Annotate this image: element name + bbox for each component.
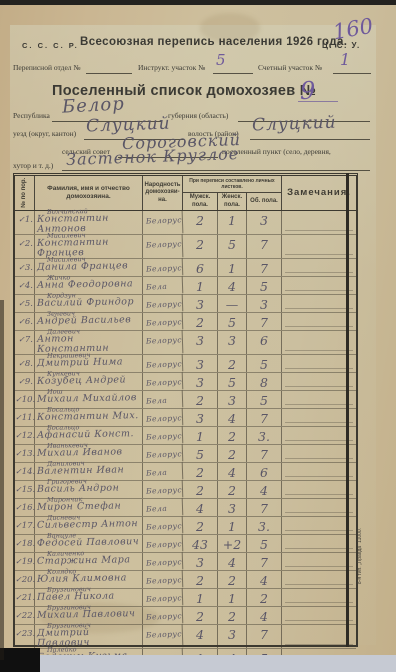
both-count: 3 <box>247 295 282 312</box>
row-number: ✓1. <box>15 211 35 234</box>
both-count: 7 <box>247 235 282 258</box>
female-count: 2 <box>218 355 247 372</box>
republic-label: Республика <box>13 111 50 120</box>
female-count: 3 <box>218 625 247 648</box>
remarks-cell <box>282 607 356 624</box>
row-number: ✓17. <box>15 517 35 534</box>
male-count: 2 <box>183 313 218 330</box>
col-header-female: Женск. пола. <box>218 193 247 210</box>
nationality: Белорус <box>143 624 184 648</box>
nationality: Белорус <box>143 606 184 624</box>
scan-bottom-background <box>0 655 396 672</box>
nationality: Белорус <box>143 330 184 354</box>
nationality: Белорус <box>143 234 184 258</box>
female-count: 1 <box>218 211 247 234</box>
nationality: Белорус <box>143 570 184 588</box>
remarks-cell <box>282 355 356 372</box>
row-number: ✓16. <box>15 499 35 516</box>
householders-table: № по пор. Фамилия, имя и отчество домохо… <box>13 173 358 647</box>
row-number: ✓2. <box>15 235 35 258</box>
both-count: 3. <box>247 517 282 534</box>
male-count: 3 <box>183 553 218 570</box>
remarks-cell <box>282 295 356 312</box>
remarks-cell <box>282 571 356 588</box>
remarks-cell <box>282 313 356 330</box>
row-number: ✓19. <box>15 553 35 570</box>
female-count: 4 <box>218 277 247 294</box>
female-count: 3 <box>218 391 247 408</box>
male-count: 4 <box>183 625 218 648</box>
remarks-cell <box>282 373 356 390</box>
nationality: Белорус <box>143 372 184 390</box>
female-count: 3 <box>218 331 247 354</box>
blank-line <box>250 139 370 140</box>
male-count: 3 <box>183 331 218 354</box>
male-count: 2 <box>183 607 218 624</box>
both-count: 7 <box>247 499 282 516</box>
both-count: 4 <box>247 571 282 588</box>
paper-sheet: С. С. С. Р. Всесоюзная перепись населени… <box>0 3 396 658</box>
blank-line <box>86 73 132 74</box>
table-rows: ✓1.ВолчанскийКонстантин АнтоновБелорус21… <box>15 211 356 666</box>
female-count: 1 <box>218 589 247 606</box>
male-count: 2 <box>183 481 218 498</box>
nationality: Белорус <box>143 210 184 234</box>
both-count: 4 <box>247 607 282 624</box>
row-number: ✓6. <box>15 313 35 330</box>
row-number: ✓15. <box>15 481 35 498</box>
blank-line <box>62 170 370 171</box>
scan-top-edge <box>0 0 396 5</box>
table-header-row: № по пор. Фамилия, имя и отчество домохо… <box>15 176 356 211</box>
both-count: 7 <box>247 259 282 276</box>
both-count: 8 <box>247 373 282 390</box>
row-number: ✓4. <box>15 277 35 294</box>
nationality: Белорус <box>143 552 184 570</box>
row-number: ✓9. <box>15 373 35 390</box>
both-count: 3. <box>247 427 282 444</box>
scan-left-edge-shadow <box>0 300 4 660</box>
instr-label: Инструкт. участок № <box>138 63 205 72</box>
col-header-name: Фамилия, имя и отчество домохозяина. <box>35 176 143 210</box>
male-count: 1 <box>183 427 218 444</box>
nationality: Белорус <box>143 516 184 534</box>
female-count: 4 <box>218 553 247 570</box>
col-header-male: Мужск. пола. <box>183 193 218 210</box>
nationality: Белорус <box>143 294 184 312</box>
both-count: 6 <box>247 331 282 354</box>
both-count: 7 <box>247 409 282 426</box>
row-number: ✓5. <box>15 295 35 312</box>
col-header-number: № по пор. <box>15 176 35 210</box>
both-count: 5 <box>247 355 282 372</box>
row-number: ✓18. <box>15 535 35 552</box>
nationality: Белорус <box>143 426 184 444</box>
male-count: 5 <box>183 445 218 462</box>
row-number: ✓20. <box>15 571 35 588</box>
both-count: 7 <box>247 313 282 330</box>
both-count: 5 <box>247 391 282 408</box>
remarks-cell <box>282 445 356 462</box>
row-number: ✓12. <box>15 427 35 444</box>
male-count: 2 <box>183 235 218 258</box>
printer-mark: 8-я тип. „Правда“ 11000. <box>352 471 362 646</box>
printer-mark-text: 8-я тип. „Правда“ 11000. <box>357 476 363 636</box>
row-number: ✓14. <box>15 463 35 480</box>
female-count: 5 <box>218 235 247 258</box>
gubernia-label: губерния (область) <box>168 111 228 120</box>
nationality: Белорус <box>143 534 184 552</box>
nationality: Белорус <box>143 480 184 498</box>
nationality: Белорус <box>143 258 184 276</box>
remarks-cell <box>282 553 356 570</box>
both-count: 4 <box>247 481 282 498</box>
handwritten-republic: Белор <box>61 93 125 117</box>
row-number: ✓23. <box>15 625 35 648</box>
both-count: 5 <box>247 535 282 552</box>
table-right-heavy-border <box>346 173 349 647</box>
female-count: 4 <box>218 463 247 480</box>
remarks-cell <box>282 391 356 408</box>
male-count: 6 <box>183 259 218 276</box>
row-number: ✓21. <box>15 589 35 606</box>
row-number: ✓22. <box>15 607 35 624</box>
both-count: 7 <box>247 625 282 648</box>
remarks-cell <box>282 277 356 294</box>
col-header-nationality: Народность домохозяи- на. <box>143 176 183 210</box>
nationality: Бела <box>143 276 184 294</box>
blank-line <box>213 73 253 74</box>
female-count: 3 <box>218 499 247 516</box>
male-count: 4 <box>183 499 218 516</box>
scanned-census-document: С. С. С. Р. Всесоюзная перепись населени… <box>0 0 396 672</box>
female-count: 2 <box>218 445 247 462</box>
female-count: 1 <box>218 517 247 534</box>
female-count: +2 <box>218 535 247 552</box>
nationality: Белорус <box>143 312 184 330</box>
female-count: 2 <box>218 607 247 624</box>
remarks-cell <box>282 625 356 648</box>
row-number: ✓10. <box>15 391 35 408</box>
male-count: 2 <box>183 211 218 234</box>
male-count: 3 <box>183 295 218 312</box>
male-count: 2 <box>183 517 218 534</box>
row-number: ✓8. <box>15 355 35 372</box>
remarks-cell <box>282 535 356 552</box>
nationality: Бела <box>143 462 184 480</box>
remarks-cell <box>282 409 356 426</box>
remarks-cell <box>282 427 356 444</box>
male-count: 1 <box>183 277 218 294</box>
handwritten-volost: Слуцкий <box>252 113 337 136</box>
female-count: 2 <box>218 427 247 444</box>
remarks-cell <box>282 235 356 258</box>
male-count: 3 <box>183 373 218 390</box>
handwritten-instr-number: 5 <box>216 51 226 69</box>
female-count: 1 <box>218 259 247 276</box>
male-count: 2 <box>183 463 218 480</box>
blank-line <box>333 73 371 74</box>
female-count: 4 <box>218 409 247 426</box>
count-label: Счетный участок № <box>258 63 322 72</box>
both-count: 7 <box>247 445 282 462</box>
row-number: ✓3. <box>15 259 35 276</box>
male-count: 2 <box>183 571 218 588</box>
khutor-label: хутор и т. д.) <box>13 161 53 170</box>
remarks-cell <box>282 499 356 516</box>
nationality: Белорус <box>143 444 184 462</box>
nationality: Бела <box>143 498 184 516</box>
uezd-label: уезд (округ, кантон) <box>13 129 76 138</box>
remarks-cell <box>282 589 356 606</box>
remarks-cell <box>282 517 356 534</box>
male-count: 43 <box>183 535 218 552</box>
nationality: Белорус <box>143 408 184 426</box>
remarks-cell <box>282 211 356 234</box>
handwritten-count-number: 1 <box>340 50 350 69</box>
male-count: 1 <box>183 589 218 606</box>
scan-black-corner <box>0 648 40 672</box>
nationality: Бела <box>143 390 184 408</box>
col-group-personal-sheets: При переписи составлено личных листков. … <box>183 176 282 210</box>
male-count: 3 <box>183 355 218 372</box>
col-header-both: Об. пола. <box>247 193 281 210</box>
nationality: Белорус <box>143 354 184 372</box>
remarks-cell <box>282 481 356 498</box>
both-count: 2 <box>247 589 282 606</box>
both-count: 3 <box>247 211 282 234</box>
remarks-cell <box>282 463 356 480</box>
male-count: 3 <box>183 409 218 426</box>
dept-label: Переписной отдел № <box>13 63 81 72</box>
female-count: 2 <box>218 481 247 498</box>
male-count: 2 <box>183 391 218 408</box>
row-number: ✓13. <box>15 445 35 462</box>
row-number: ✓7. <box>15 331 35 354</box>
female-count: 5 <box>218 373 247 390</box>
nationality: Белорус <box>143 588 184 606</box>
remarks-cell <box>282 331 356 354</box>
col-header-remarks: Замечания. <box>282 176 356 210</box>
number-underline <box>298 101 338 102</box>
row-number: ✓11. <box>15 409 35 426</box>
remarks-cell <box>282 259 356 276</box>
female-count: 2 <box>218 571 247 588</box>
both-count: 6 <box>247 463 282 480</box>
census-title: Всесоюзная перепись населения 1926 года. <box>80 36 347 48</box>
female-count: 5 <box>218 313 247 330</box>
both-count: 5 <box>247 277 282 294</box>
both-count: 7 <box>247 553 282 570</box>
country-label: С. С. С. Р. <box>22 41 79 50</box>
female-count: — <box>218 295 247 312</box>
col-group-header: При переписи составлено личных листков. <box>183 176 281 193</box>
